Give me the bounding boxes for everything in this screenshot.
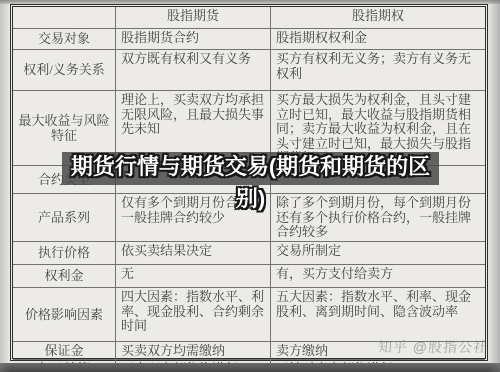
photo-edge-left	[0, 0, 10, 372]
header-options: 股指期权	[271, 7, 485, 28]
photo-edge-right	[488, 0, 500, 372]
article-title-overlay: 期货行情与期货交易(期货和期货的区别)	[62, 151, 439, 215]
futures-cell: 双方既有权利又有义务	[116, 50, 271, 90]
table-row: 权利/义务关系 双方既有权利又有义务 买方有权利无义务；卖方有义务无权利	[13, 50, 485, 91]
row-label: 保证金	[13, 342, 116, 359]
options-cell: 交易所制定	[271, 242, 485, 264]
table-header-row: 股指期货 股指期权	[13, 7, 485, 29]
row-label: 权利/义务关系	[13, 50, 116, 90]
header-futures: 股指期货	[116, 7, 271, 28]
options-cell: 股指期权权利金	[271, 29, 485, 49]
row-label: 价格影响因素	[13, 288, 116, 341]
table-row: 价格影响因素 四大因素：指数水平、利率、现金股利、合约剩余时间 五大因素：指数水…	[13, 288, 485, 342]
photo-background: 股指期货 股指期权 交易对象 股指期货合约 股指期权权利金 权利/义务关系 双方…	[0, 0, 500, 372]
options-cell: 买方有权利无义务；卖方有义务无权利	[271, 50, 485, 90]
header-empty-cell	[13, 7, 116, 28]
watermark: 知乎 @股指公社	[377, 337, 489, 357]
futures-cell: 买卖双方均需缴纳	[116, 342, 271, 359]
row-label: 执行价格	[13, 242, 116, 264]
futures-cell: 股指期货合约	[116, 29, 271, 49]
futures-cell: 四大因素：指数水平、利率、现金股利、合约剩余时间	[116, 288, 271, 341]
table-row: 执行价格 依买卖结果决定 交易所制定	[13, 242, 485, 265]
photo-edge-bottom	[0, 363, 500, 372]
row-label: 权利金	[13, 265, 116, 287]
table-row: 权利金 无 有，买方支付给卖方	[13, 265, 485, 288]
futures-cell: 无	[116, 265, 271, 287]
row-label: 交易对象	[13, 29, 116, 49]
table-row: 交易对象 股指期货合约 股指期权权利金	[13, 29, 485, 50]
photo-edge-top	[0, 0, 500, 4]
options-cell: 有，买方支付给卖方	[271, 265, 485, 287]
futures-cell: 依买卖结果决定	[116, 242, 271, 264]
options-cell: 五大因素：指数水平、利率、现金股利、离到期时间、隐含波动率	[271, 288, 485, 341]
